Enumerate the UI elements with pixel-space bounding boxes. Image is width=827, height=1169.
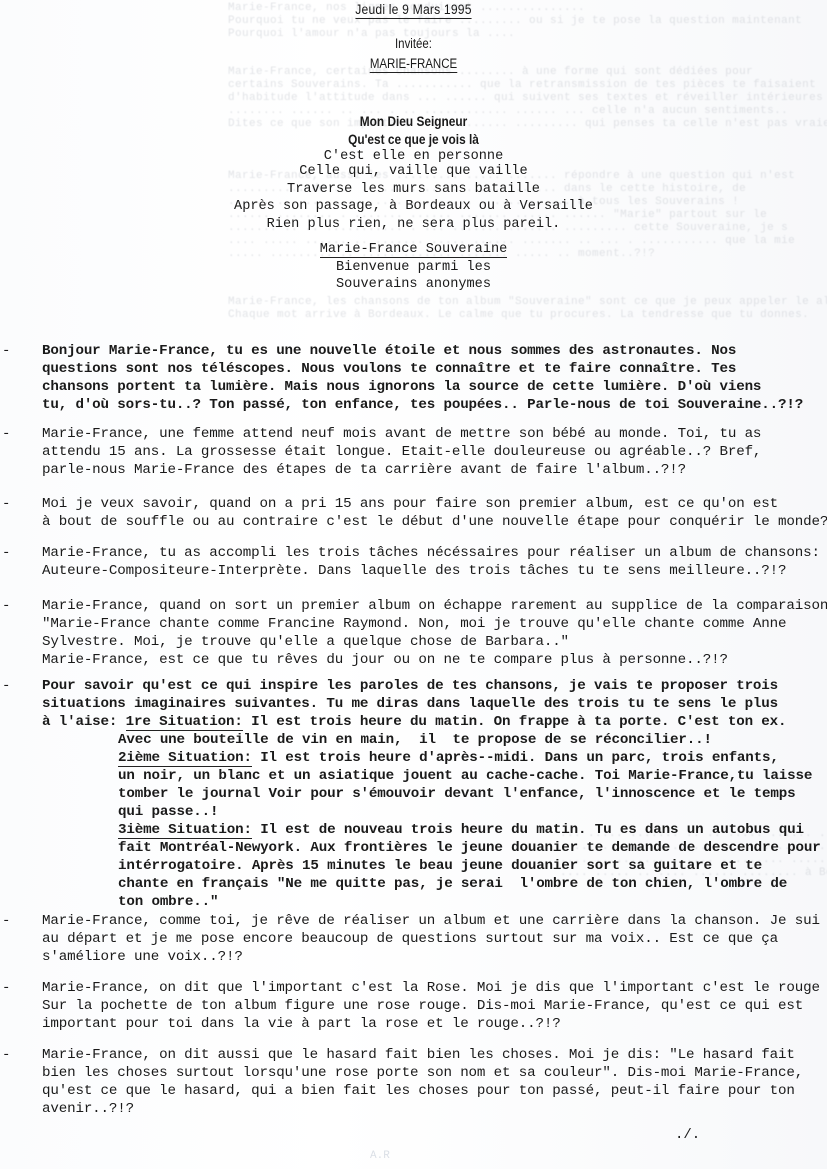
question-line: s'améliore une voix..?!?	[42, 948, 827, 966]
question-line: Moi je veux savoir, quand on a pri 15 an…	[42, 495, 827, 513]
question-text: Bonjour Marie-France, tu es une nouvelle…	[42, 342, 827, 414]
poem-line: Souverains anonymes	[0, 276, 827, 294]
situation-line: 3ième Situation: Il est de nouveau trois…	[42, 821, 827, 839]
situation-line: ton ombre.."	[42, 893, 827, 911]
bullet-dash: -	[2, 495, 10, 513]
poem-line: Celle qui, vaille que vaille	[0, 163, 827, 181]
question-line: Marie-France, tu as accompli les trois t…	[42, 544, 827, 562]
bullet-dash: -	[2, 425, 10, 443]
bullet-dash: -	[2, 912, 10, 930]
situation-line: à l'aise: 1re Situation: Il est trois he…	[42, 713, 827, 731]
situation-line: intérrogatoire. Après 15 minutes le beau…	[42, 857, 827, 875]
question-line: situations imaginaires suivantes. Tu me …	[42, 695, 827, 713]
situation-line: tomber le journal Voir pour s'émouvoir d…	[42, 785, 827, 803]
question-text: Marie-France, on dit aussi que le hasard…	[42, 1046, 827, 1118]
question-line: Bonjour Marie-France, tu es une nouvelle…	[42, 342, 827, 360]
question-line: tu, d'où sors-tu..? Ton passé, ton enfan…	[42, 396, 827, 414]
poem-line: Traverse les murs sans bataille	[0, 181, 827, 199]
situation-line: qui passe..!	[42, 803, 827, 821]
document-date: Jeudi le 9 Mars 1995	[41, 2, 785, 17]
situation-text: Il est trois heure d'après--midi. Dans u…	[252, 750, 779, 766]
situation-line: chante en français "Ne me quitte pas, je…	[42, 875, 827, 893]
question-line: au départ et je me pose encore beaucoup …	[42, 930, 827, 948]
bleed-through-text: Marie-France, les chansons de ton album …	[200, 296, 827, 322]
situation-label: 1re Situation:	[126, 714, 243, 731]
continuation-mark: ./.	[675, 1127, 700, 1143]
poem-stanza: Mon Dieu Seigneur Qu'est ce que je vois …	[0, 113, 827, 166]
question-line: "Marie-France chante comme Francine Raym…	[42, 615, 827, 633]
question-line: parle-nous Marie-France des étapes de ta…	[42, 461, 827, 479]
poem-line: Bienvenue parmi les	[0, 259, 827, 277]
situation-line: fait Montréal-Newyork. Aux frontières le…	[42, 839, 827, 857]
situation-text: Il est trois heure du matin. On frappe à…	[243, 714, 787, 730]
poem-title-underlined: Marie-France Souveraine	[320, 242, 508, 258]
question-line: avenir..?!?	[42, 1100, 827, 1118]
question-line: bien les choses surtout lorsqu'une rose …	[42, 1064, 827, 1082]
question-line: important pour toi dans la vie à part la…	[42, 1015, 827, 1033]
poem-stanza: Marie-France Souveraine Bienvenue parmi …	[0, 241, 827, 294]
question-text: Moi je veux savoir, quand on a pri 15 an…	[42, 495, 827, 531]
question-text: Marie-France, comme toi, je rêve de réal…	[42, 912, 827, 966]
question-text: Marie-France, tu as accompli les trois t…	[42, 544, 827, 580]
poem-line: Marie-France Souveraine	[0, 241, 827, 259]
bleed-through-mark: A.R	[370, 1150, 390, 1162]
bullet-dash: -	[2, 544, 10, 562]
bullet-dash: -	[2, 342, 10, 360]
question-line: qu'est ce que le hasard, qui a bien fait…	[42, 1082, 827, 1100]
question-line: à bout de souffle ou au contraire c'est …	[42, 513, 827, 531]
guest-name: MARIE-FRANCE	[62, 56, 765, 71]
bullet-dash: -	[2, 677, 10, 695]
bullet-dash: -	[2, 979, 10, 997]
question-line: Marie-France, comme toi, je rêve de réal…	[42, 912, 827, 930]
question-line: questions sont nos téléscopes. Nous voul…	[42, 360, 827, 378]
poem-line: Qu'est ce que je vois là	[58, 131, 769, 149]
question-line: Sur la pochette de ton album figure une …	[42, 997, 827, 1015]
guest-name-text: MARIE-FRANCE	[370, 56, 457, 73]
situation-line: Avec une bouteille de vin en main, il te…	[42, 731, 827, 749]
question-line: Sylvestre. Moi, je trouve qu'elle a quel…	[42, 633, 827, 651]
situation-label: 3ième Situation:	[118, 822, 252, 839]
poem-stanza: Celle qui, vaille que vaille Traverse le…	[0, 163, 827, 233]
situation-text: Il est de nouveau trois heure du matin. …	[252, 822, 804, 838]
question-line: Marie-France, on dit aussi que le hasard…	[42, 1046, 827, 1064]
question-line: Marie-France, une femme attend neuf mois…	[42, 425, 827, 443]
poem-line: Après son passage, à Bordeaux ou à Versa…	[0, 198, 827, 216]
situation-line: 2ième Situation: Il est trois heure d'ap…	[42, 749, 827, 767]
question-line: Marie-France, est ce que tu rêves du jou…	[42, 651, 827, 669]
document-page: Marie-France, nos lignes conduisent ....…	[0, 0, 827, 1169]
bullet-dash: -	[2, 1046, 10, 1064]
question-line: Pour savoir qu'est ce qui inspire les pa…	[42, 677, 827, 695]
question-text: Pour savoir qu'est ce qui inspire les pa…	[42, 677, 827, 911]
date-text: Jeudi le 9 Mars 1995	[355, 2, 471, 19]
question-line: Marie-France, quand on sort un premier a…	[42, 597, 827, 615]
poem-line: Rien plus rien, ne sera plus pareil.	[0, 216, 827, 234]
question-line: chansons portent ta lumière. Mais nous i…	[42, 378, 827, 396]
question-text: Marie-France, on dit que l'important c'e…	[42, 979, 827, 1033]
question-line: Marie-France, on dit que l'important c'e…	[42, 979, 827, 997]
question-line: Auteure-Compositeure-Interprète. Dans la…	[42, 562, 827, 580]
situation-label: 2ième Situation:	[118, 750, 252, 767]
guest-label: Invitée:	[62, 36, 765, 51]
question-text: Marie-France, une femme attend neuf mois…	[42, 425, 827, 479]
question-line: attendu 15 ans. La grossesse était longu…	[42, 443, 827, 461]
question-text: Marie-France, quand on sort un premier a…	[42, 597, 827, 669]
situation-line: un noir, un blanc et un asiatique jouent…	[42, 767, 827, 785]
bullet-dash: -	[2, 597, 10, 615]
situation-prefix: à l'aise:	[42, 714, 126, 730]
poem-line: Mon Dieu Seigneur	[58, 113, 769, 131]
